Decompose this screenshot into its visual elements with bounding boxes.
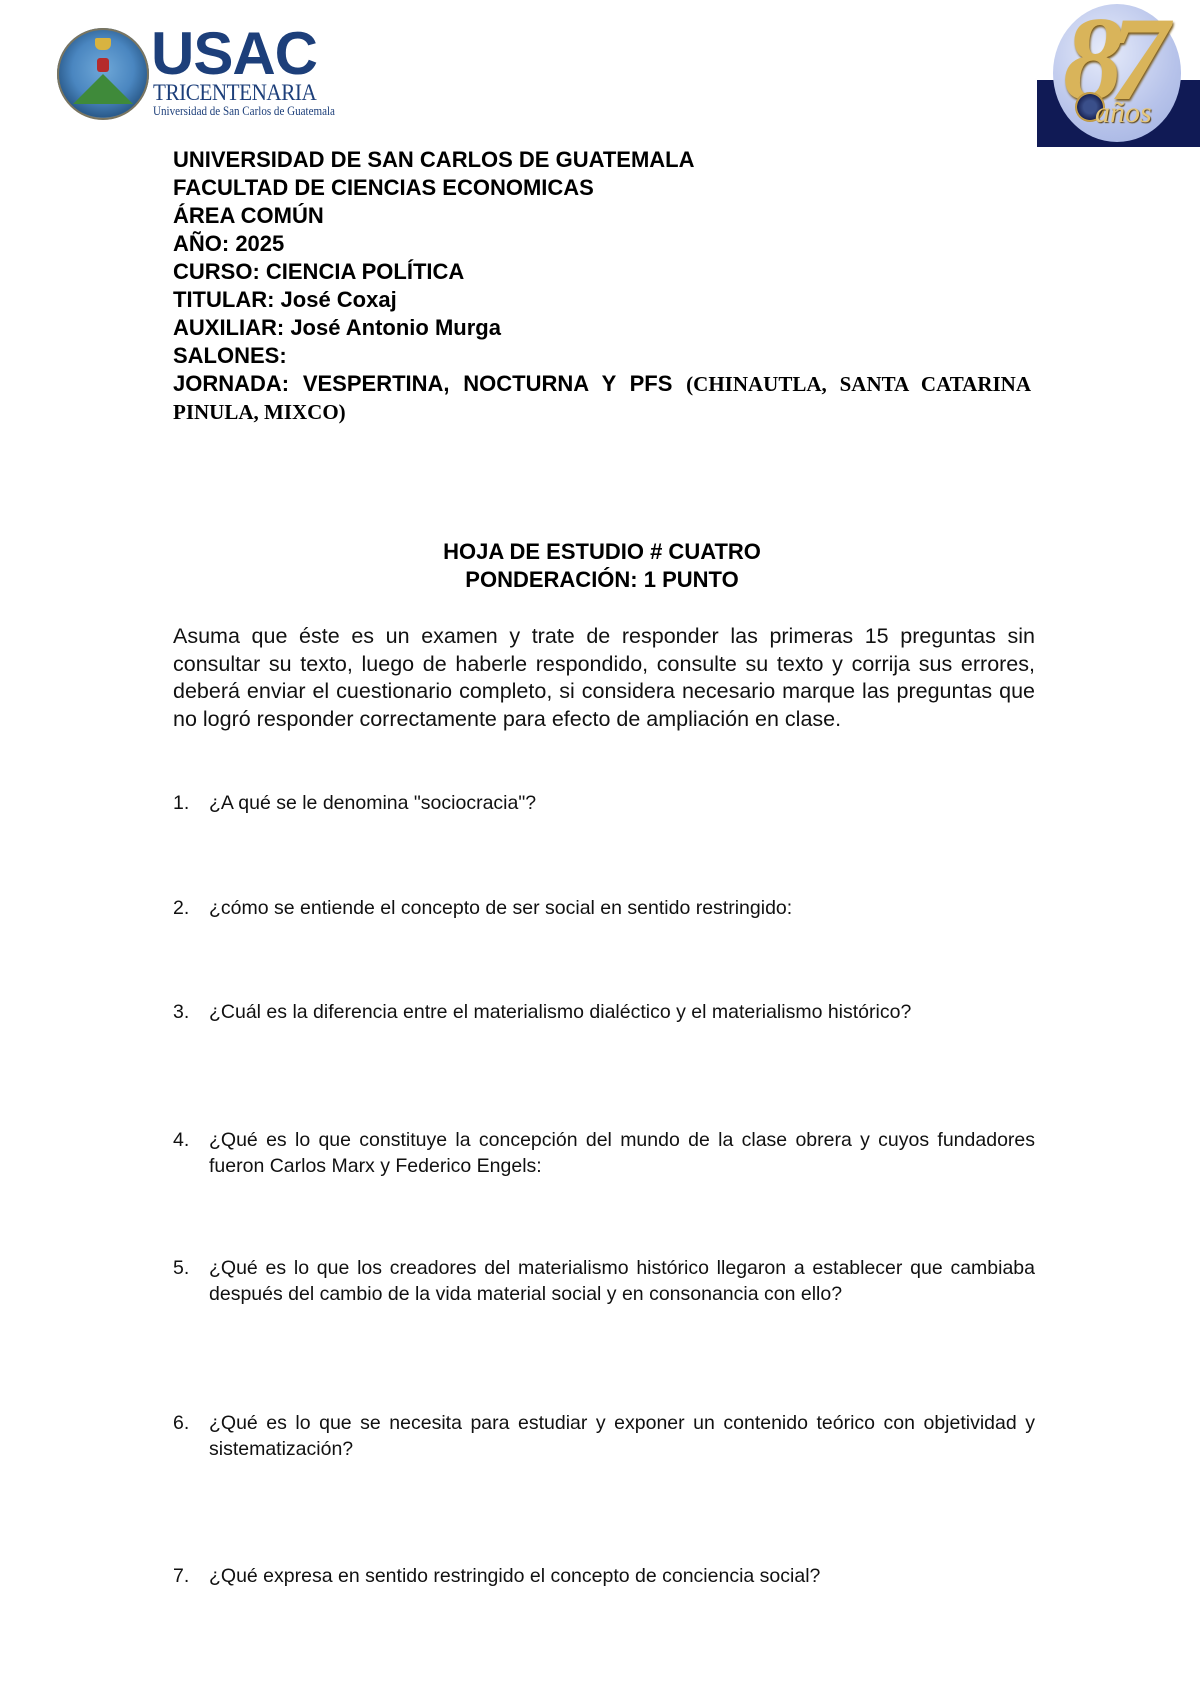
question-item: 4. ¿Qué es lo que constituye la concepci… (173, 1127, 1035, 1179)
question-text: ¿Cuál es la diferencia entre el material… (209, 999, 1035, 1025)
title-sheet: HOJA DE ESTUDIO # CUATRO (173, 538, 1031, 566)
question-item: 1. ¿A qué se le denomina "sociocracia"? (173, 790, 1035, 816)
usac-logo: USAC TRICENTENARIA Universidad de San Ca… (57, 28, 347, 122)
jornada-label: JORNADA: VESPERTINA, NOCTURNA Y PFS (173, 371, 672, 396)
header-area: ÁREA COMÚN (173, 202, 1031, 230)
question-text: ¿Qué es lo que se necesita para estudiar… (209, 1410, 1035, 1462)
question-number: 5. (173, 1255, 209, 1281)
instructions-paragraph: Asuma que éste es un examen y trate de r… (173, 623, 1035, 734)
study-sheet-title: HOJA DE ESTUDIO # CUATRO PONDERACIÓN: 1 … (173, 538, 1031, 594)
question-item: 7. ¿Qué expresa en sentido restringido e… (173, 1563, 1035, 1589)
header-auxiliar: AUXILIAR: José Antonio Murga (173, 314, 1031, 342)
header-year: AÑO: 2025 (173, 230, 1031, 258)
header-university: UNIVERSIDAD DE SAN CARLOS DE GUATEMALA (173, 146, 1031, 174)
question-number: 1. (173, 790, 209, 816)
usac-wordmark: USAC (151, 22, 317, 86)
question-number: 4. (173, 1127, 209, 1153)
question-text: ¿Qué es lo que los creadores del materia… (209, 1255, 1035, 1307)
header-titular: TITULAR: José Coxaj (173, 286, 1031, 314)
anniversary-label: años (1095, 96, 1152, 130)
question-text: ¿Qué es lo que constituye la concepción … (209, 1127, 1035, 1179)
question-text: ¿cómo se entiende el concepto de ser soc… (209, 895, 1035, 921)
header-faculty: FACULTAD DE CIENCIAS ECONOMICAS (173, 174, 1031, 202)
question-item: 2. ¿cómo se entiende el concepto de ser … (173, 895, 1035, 921)
university-seal-icon (57, 28, 149, 120)
question-number: 6. (173, 1410, 209, 1436)
question-text: ¿Qué expresa en sentido restringido el c… (209, 1563, 1035, 1589)
usac-tagline: TRICENTENARIA (153, 81, 316, 105)
usac-subtitle: Universidad de San Carlos de Guatemala (153, 104, 335, 118)
title-weight: PONDERACIÓN: 1 PUNTO (173, 566, 1031, 594)
question-text: ¿A qué se le denomina "sociocracia"? (209, 790, 1035, 816)
anniversary-logo: 87 años (1037, 0, 1200, 147)
header-salones: SALONES: (173, 342, 1031, 370)
question-item: 5. ¿Qué es lo que los creadores del mate… (173, 1255, 1035, 1307)
question-number: 2. (173, 895, 209, 921)
question-item: 6. ¿Qué es lo que se necesita para estud… (173, 1410, 1035, 1462)
question-number: 3. (173, 999, 209, 1025)
question-number: 7. (173, 1563, 209, 1589)
header-course: CURSO: CIENCIA POLÍTICA (173, 258, 1031, 286)
header-jornada: JORNADA: VESPERTINA, NOCTURNA Y PFS (CHI… (173, 370, 1031, 426)
document-header: UNIVERSIDAD DE SAN CARLOS DE GUATEMALA F… (173, 146, 1031, 426)
question-item: 3. ¿Cuál es la diferencia entre el mater… (173, 999, 1035, 1025)
